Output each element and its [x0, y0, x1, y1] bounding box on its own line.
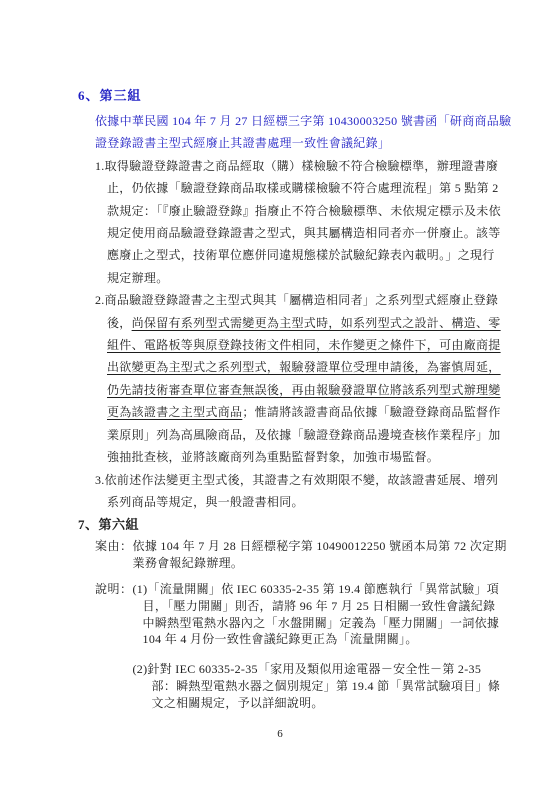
- case-row: 案由： 依據 104 年 7 月 28 日經標秘字第 10490012250 號…: [95, 538, 498, 572]
- text-line: 應廢止之型式，技術單位應併同違規態樣於試驗紀錄表內載明。」之現行: [95, 244, 498, 266]
- group-3-item-1: 1.取得驗證登錄證書之商品經取（購）樣檢驗不符合檢驗標準，辦理證書廢止，仍依據「…: [95, 155, 498, 289]
- text-line: (1)「流量開關」依 IEC 60335-2-35 第 19.4 節應執行「異常…: [133, 581, 501, 598]
- text-line: 款規定：「『廢止驗證登錄』指廢止不符合檢驗標準、未依規定標示及未依: [95, 200, 498, 222]
- explanation-row: 說明： (1)「流量開關」依 IEC 60335-2-35 第 19.4 節應執…: [95, 581, 498, 712]
- text-line: 業原則」列為高風險商品，及依據「驗證登錄商品邊境查核作業程序」加: [95, 424, 498, 446]
- text-line: 目，「壓力開關」則否，請將 96 年 7 月 25 日相關一致性會議紀錄: [133, 598, 501, 615]
- text-line: 出欲變更為主型式之系列型式，報驗發證單位受理申請後，為審慎周延，: [95, 356, 498, 378]
- text-line: 依據 104 年 7 月 28 日經標秘字第 10490012250 號函本局第…: [133, 538, 507, 555]
- document-page: 6、第三組 依據中華民國 104 年 7 月 27 日經標三字第 1043000…: [0, 0, 560, 791]
- text-line: 業務會報紀錄辦理。: [133, 555, 507, 572]
- text-line: 規定使用商品驗證登錄證書之型式，與其屬構造相同者亦一併廢止。該等: [95, 222, 498, 244]
- explanation-content: (1)「流量開關」依 IEC 60335-2-35 第 19.4 節應執行「異常…: [133, 581, 501, 712]
- explanation-label: 說明：: [95, 581, 133, 598]
- text-line: 依據中華民國 104 年 7 月 27 日經標三字第 10430003250 號…: [95, 110, 498, 132]
- text-line: 後，尚保留有系列型式需變更為主型式時，如系列型式之設計、構造、零: [95, 312, 498, 334]
- text-line: 系列商品等規定，與一般證書相同。: [95, 491, 498, 513]
- text-line: 規定辦理。: [95, 267, 498, 289]
- group-3-reference: 依據中華民國 104 年 7 月 27 日經標三字第 10430003250 號…: [95, 110, 498, 155]
- text-line: 組件、電路板等與原登錄技術文件相同，未作變更之條件下，可由廠商提: [95, 334, 498, 356]
- text-line: 更為該證書之主型式商品；惟請將該證書商品依據「驗證登錄商品監督作: [95, 401, 498, 423]
- text-line: 證登錄證書主型式經廢止其證書處理一致性會議紀錄」: [95, 132, 498, 154]
- text-line: 止，仍依據「驗證登錄商品取樣或購樣檢驗不符合處理流程」第 5 點第 2: [95, 177, 498, 199]
- text-line: 2.商品驗證登錄證書之主型式與其「屬構造相同者」之系列型式經廢止登錄: [95, 289, 498, 311]
- section-group-3: 6、第三組 依據中華民國 104 年 7 月 27 日經標三字第 1043000…: [78, 88, 498, 513]
- section-group-6: 7、第六組 案由： 依據 104 年 7 月 28 日經標秘字第 1049001…: [78, 517, 498, 711]
- text-line: 中瞬熱型電熱水器內之「水盤開關」定義為「壓力開關」一詞依據: [133, 615, 501, 632]
- case-label: 案由：: [95, 538, 133, 555]
- text-line: 104 年 4 月份一致性會議紀錄更正為「流量開關」。: [133, 631, 501, 648]
- group-6-heading: 7、第六組: [78, 517, 498, 533]
- explanation-item-1: (1)「流量開關」依 IEC 60335-2-35 第 19.4 節應執行「異常…: [133, 581, 501, 648]
- group-3-heading: 6、第三組: [78, 88, 498, 104]
- text-line: 1.取得驗證登錄證書之商品經取（購）樣檢驗不符合檢驗標準，辦理證書廢: [95, 155, 498, 177]
- text-line: 部：瞬熱型電熱水器之個別規定」第 19.4 節「異常試驗項目」條: [133, 678, 501, 695]
- group-3-item-2: 2.商品驗證登錄證書之主型式與其「屬構造相同者」之系列型式經廢止登錄後，尚保留有…: [95, 289, 498, 468]
- text-line: 強抽批查核，並將該廠商列為重點監督對象，加強市場監督。: [95, 446, 498, 468]
- text-line: 3.依前述作法變更主型式後，其證書之有效期限不變，故該證書延展、增列: [95, 469, 498, 491]
- page-number: 6: [0, 728, 560, 740]
- text-line: 文之相關規定，予以詳細說明。: [133, 695, 501, 712]
- explanation-item-2: (2)針對 IEC 60335-2-35「家用及類似用途電器－安全性－第 2-3…: [133, 661, 501, 711]
- group-3-item-3: 3.依前述作法變更主型式後，其證書之有效期限不變，故該證書延展、增列系列商品等規…: [95, 469, 498, 514]
- text-line: 仍先請技術審查單位審查無誤後，再由報驗發證單位將該系列型式辦理變: [95, 379, 498, 401]
- text-line: (2)針對 IEC 60335-2-35「家用及類似用途電器－安全性－第 2-3…: [133, 661, 501, 678]
- page-content: 6、第三組 依據中華民國 104 年 7 月 27 日經標三字第 1043000…: [78, 88, 498, 711]
- case-content: 依據 104 年 7 月 28 日經標秘字第 10490012250 號函本局第…: [133, 538, 507, 572]
